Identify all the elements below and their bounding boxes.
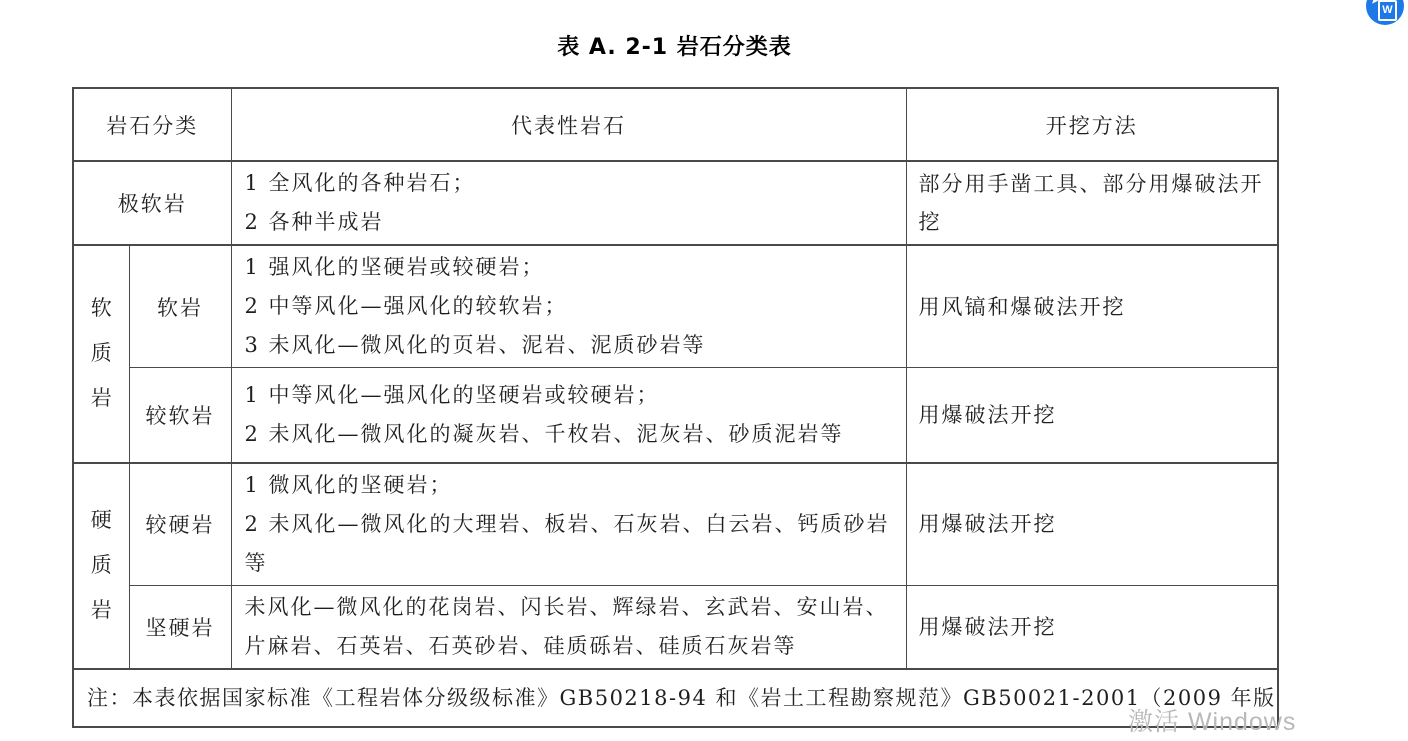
rock-line: 3 未风化—微风化的页岩、泥岩、泥质砂岩等 xyxy=(245,326,896,365)
method-cell: 用爆破法开挖 xyxy=(906,368,1278,463)
wps-float-icon[interactable]: W xyxy=(1366,0,1404,25)
category-cell: 极软岩 xyxy=(73,161,231,245)
rock-line: 未风化—微风化的花岗岩、闪长岩、辉绿岩、玄武岩、安山岩、 xyxy=(245,588,896,627)
table-row: 硬质岩 较硬岩 1 微风化的坚硬岩； 2 未风化—微风化的大理岩、板岩、石灰岩、… xyxy=(73,463,1278,586)
method-cell: 用爆破法开挖 xyxy=(906,586,1278,670)
rocks-cell: 1 中等风化—强风化的坚硬岩或较硬岩； 2 未风化—微风化的凝灰岩、千枚岩、泥灰… xyxy=(231,368,906,463)
category-cell: 软岩 xyxy=(129,245,231,368)
rock-line: 等 xyxy=(245,544,896,583)
group-cell-hard-rock: 硬质岩 xyxy=(73,463,129,670)
header-cell-rock-classification: 岩石分类 xyxy=(73,88,231,161)
rock-line: 1 全风化的各种岩石； xyxy=(245,164,896,203)
table-row: 较软岩 1 中等风化—强风化的坚硬岩或较硬岩； 2 未风化—微风化的凝灰岩、千枚… xyxy=(73,368,1278,463)
category-cell: 较硬岩 xyxy=(129,463,231,586)
method-cell: 部分用手凿工具、部分用爆破法开挖 xyxy=(906,161,1278,245)
table-row: 极软岩 1 全风化的各种岩石； 2 各种半成岩 部分用手凿工具、部分用爆破法开挖 xyxy=(73,161,1278,245)
rocks-cell: 1 全风化的各种岩石； 2 各种半成岩 xyxy=(231,161,906,245)
rock-classification-table: 岩石分类 代表性岩石 开挖方法 极软岩 1 全风化的各种岩石； 2 各种半成岩 … xyxy=(72,87,1279,728)
rocks-cell: 未风化—微风化的花岗岩、闪长岩、辉绿岩、玄武岩、安山岩、 片麻岩、石英岩、石英砂… xyxy=(231,586,906,670)
method-cell: 用风镐和爆破法开挖 xyxy=(906,245,1278,368)
table-row: 软质岩 软岩 1 强风化的坚硬岩或较硬岩； 2 中等风化—强风化的较软岩； 3 … xyxy=(73,245,1278,368)
header-cell-excavation-method: 开挖方法 xyxy=(906,88,1278,161)
category-cell: 较软岩 xyxy=(129,368,231,463)
method-cell: 用爆破法开挖 xyxy=(906,463,1278,586)
table-row: 坚硬岩 未风化—微风化的花岗岩、闪长岩、辉绿岩、玄武岩、安山岩、 片麻岩、石英岩… xyxy=(73,586,1278,670)
category-cell: 坚硬岩 xyxy=(129,586,231,670)
rock-line: 片麻岩、石英岩、石英砂岩、硅质砾岩、硅质石灰岩等 xyxy=(245,627,896,666)
rock-line: 1 中等风化—强风化的坚硬岩或较硬岩； xyxy=(245,376,896,415)
rock-line: 2 未风化—微风化的凝灰岩、千枚岩、泥灰岩、砂质泥岩等 xyxy=(245,415,896,454)
rock-line: 2 未风化—微风化的大理岩、板岩、石灰岩、白云岩、钙质砂岩 xyxy=(245,505,896,544)
table-note-row: 注：本表依据国家标准《工程岩体分级级标准》GB50218-94 和《岩土工程勘察… xyxy=(73,669,1278,727)
rock-line: 2 中等风化—强风化的较软岩； xyxy=(245,287,896,326)
w-document-icon: W xyxy=(1378,0,1397,21)
note-cell: 注：本表依据国家标准《工程岩体分级级标准》GB50218-94 和《岩土工程勘察… xyxy=(73,669,1278,727)
rock-line: 2 各种半成岩 xyxy=(245,203,896,242)
rock-line: 1 强风化的坚硬岩或较硬岩； xyxy=(245,248,896,287)
header-cell-representative-rocks: 代表性岩石 xyxy=(231,88,906,161)
document-page: 表 A. 2-1 岩石分类表 岩石分类 代表性岩石 开挖方法 极软岩 1 全风化… xyxy=(0,0,1408,741)
table-header-row: 岩石分类 代表性岩石 开挖方法 xyxy=(73,88,1278,161)
rocks-cell: 1 微风化的坚硬岩； 2 未风化—微风化的大理岩、板岩、石灰岩、白云岩、钙质砂岩… xyxy=(231,463,906,586)
group-cell-soft-rock: 软质岩 xyxy=(73,245,129,463)
rocks-cell: 1 强风化的坚硬岩或较硬岩； 2 中等风化—强风化的较软岩； 3 未风化—微风化… xyxy=(231,245,906,368)
rock-line: 1 微风化的坚硬岩； xyxy=(245,466,896,505)
page-title: 表 A. 2-1 岩石分类表 xyxy=(72,30,1277,61)
